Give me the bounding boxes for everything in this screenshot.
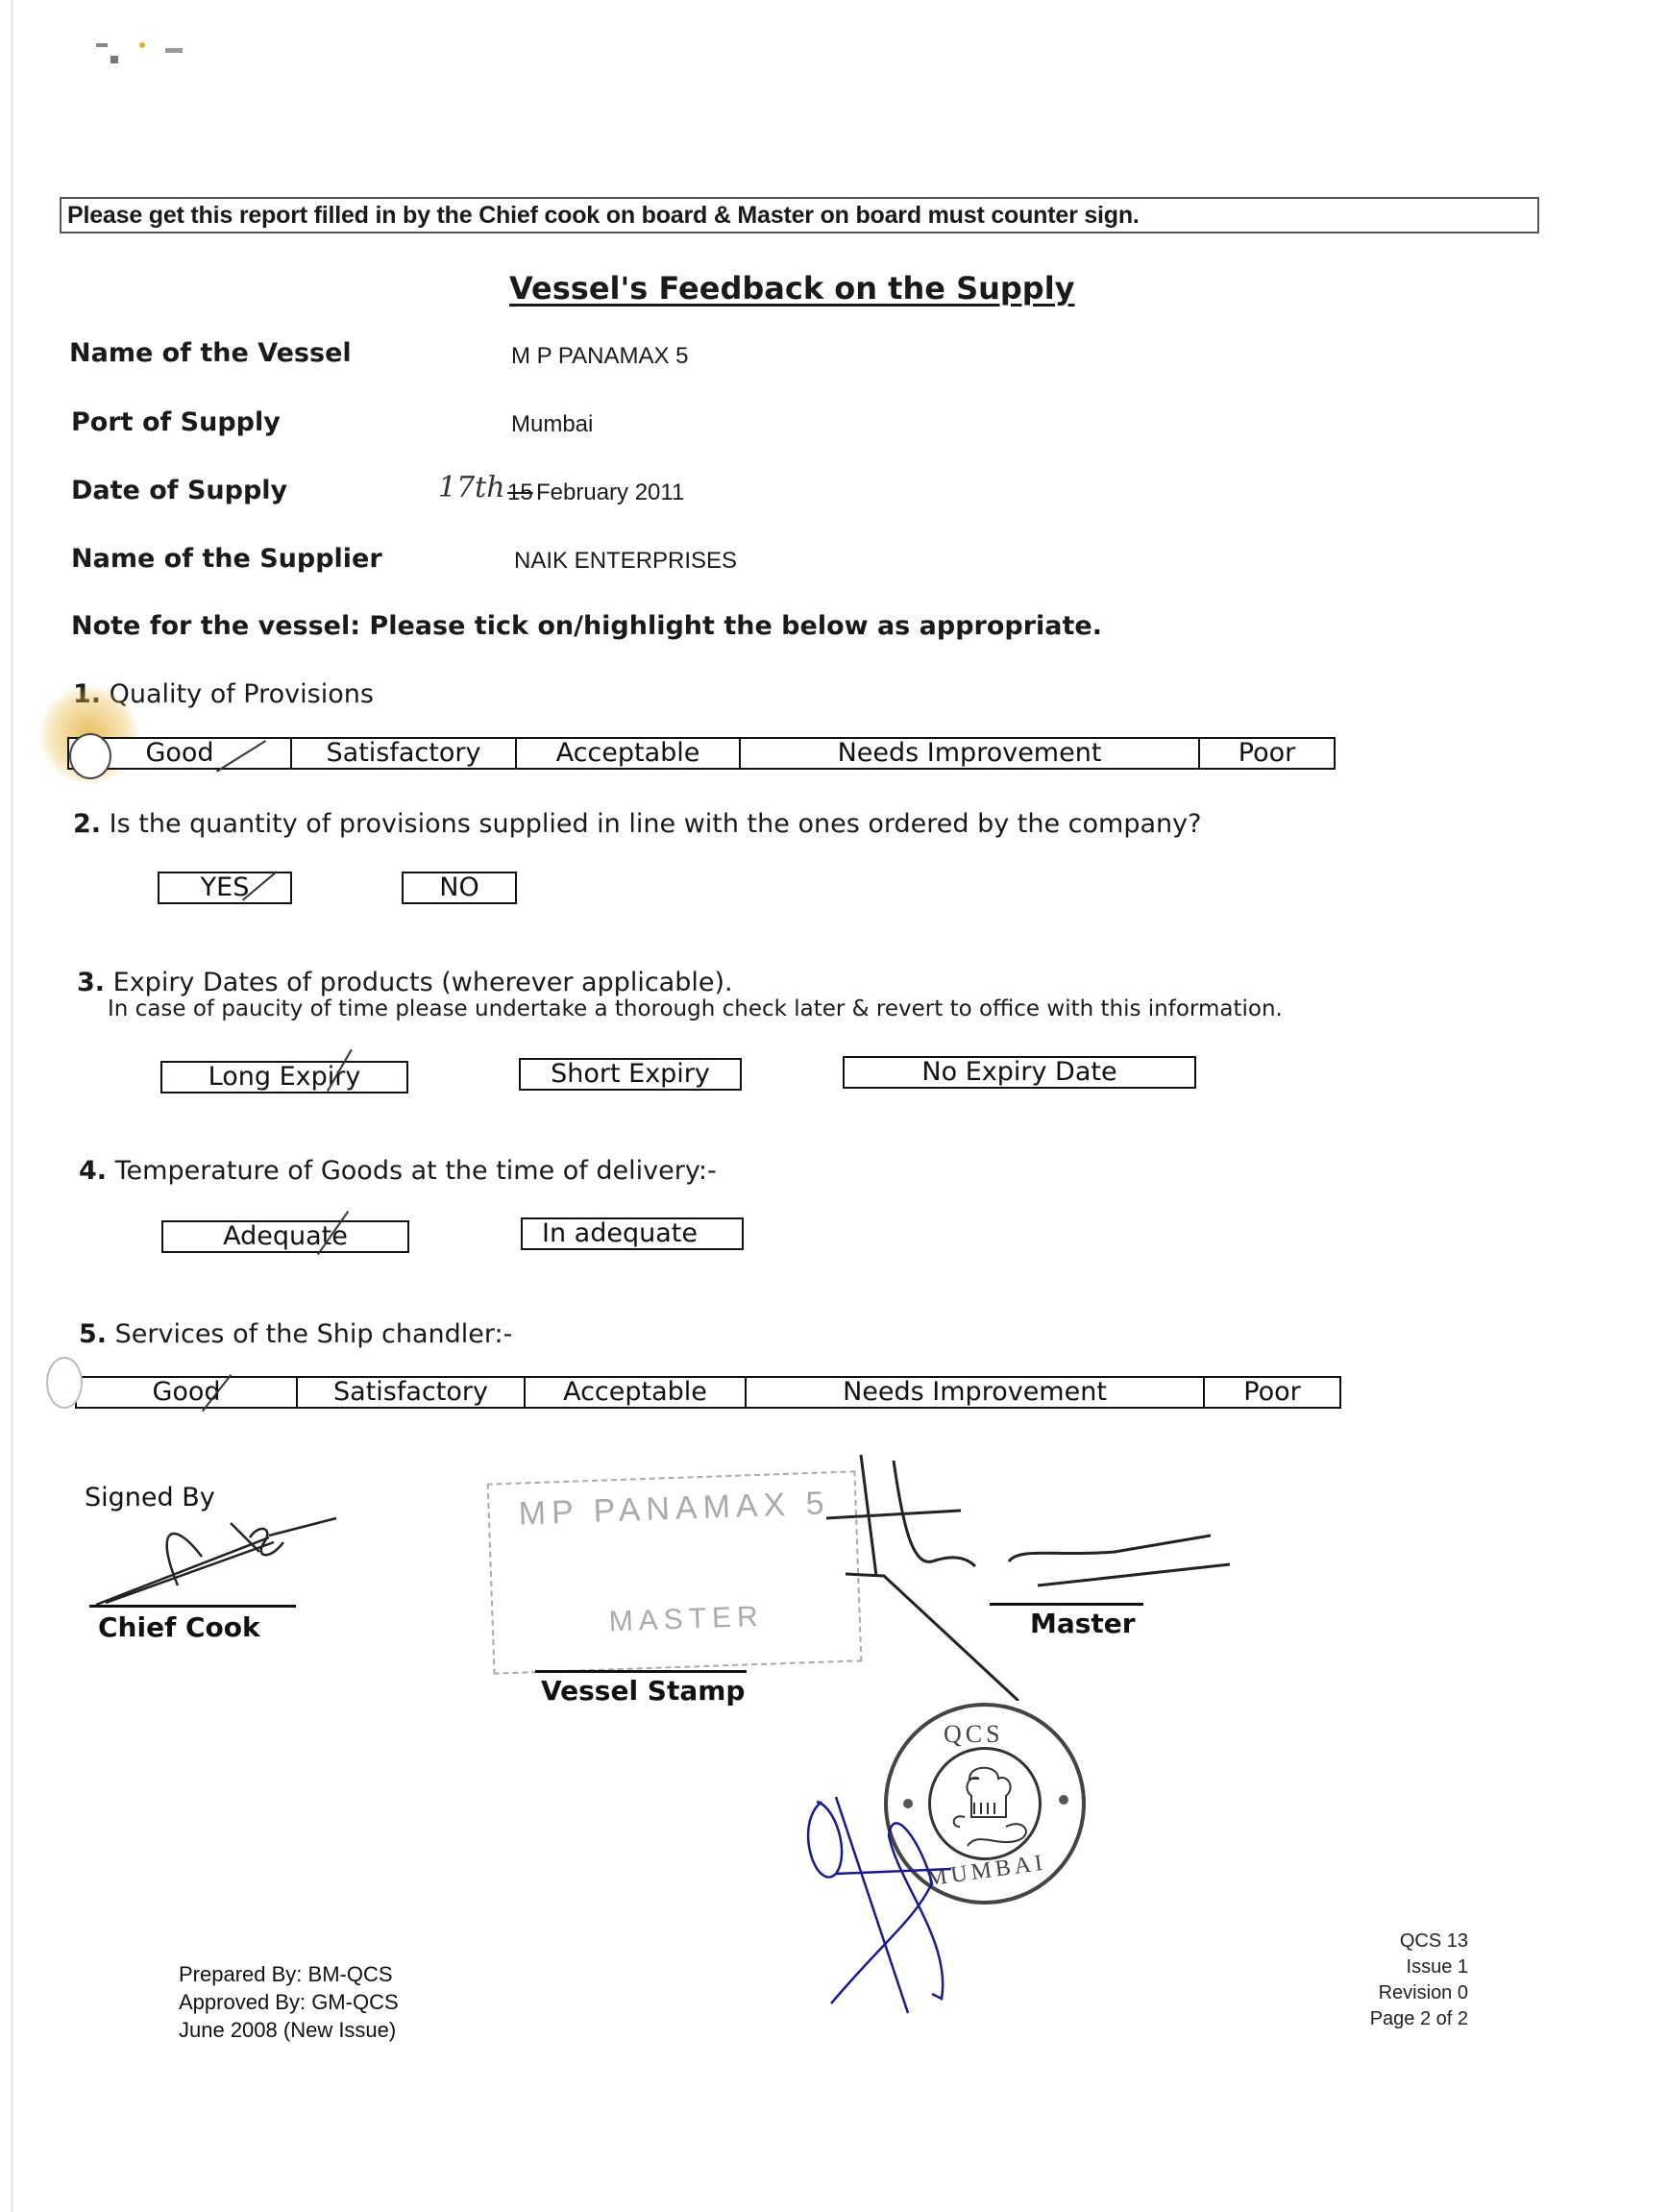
instruction-banner: Please get this report filled in by the … bbox=[60, 197, 1539, 233]
question-text: Quality of Provisions bbox=[110, 679, 374, 709]
master-signature-line bbox=[990, 1603, 1143, 1606]
question-text: Expiry Dates of products (wherever appli… bbox=[113, 968, 733, 997]
option-inadequate[interactable]: In adequate bbox=[521, 1217, 744, 1250]
question-3: 3. Expiry Dates of products (wherever ap… bbox=[77, 968, 733, 997]
rating-acceptable[interactable]: Acceptable bbox=[526, 1378, 747, 1407]
option-adequate[interactable]: Adequate bbox=[161, 1220, 409, 1253]
question-text: Services of the Ship chandler:- bbox=[115, 1319, 513, 1349]
rating-needs-improvement[interactable]: Needs Improvement bbox=[747, 1378, 1205, 1407]
date-label: Date of Supply bbox=[71, 476, 287, 505]
vessel-note: Note for the vessel: Please tick on/high… bbox=[71, 611, 1102, 641]
punch-hole bbox=[69, 733, 111, 779]
question-4: 4. Temperature of Goods at the time of d… bbox=[79, 1156, 717, 1186]
supplier-value: NAIK ENTERPRISES bbox=[514, 548, 737, 575]
question-number: 5. bbox=[79, 1319, 107, 1349]
chief-cook-signature-icon bbox=[86, 1499, 346, 1614]
doc-code: QCS 13 bbox=[1307, 1929, 1468, 1954]
issue-date: June 2008 (New Issue) bbox=[179, 2016, 399, 2044]
scan-speck bbox=[165, 48, 183, 53]
question-number: 2. bbox=[73, 809, 101, 839]
master-signature-icon bbox=[826, 1441, 1307, 1701]
punch-hole bbox=[46, 1357, 83, 1409]
option-no[interactable]: NO bbox=[402, 872, 517, 904]
chief-cook-signature-line bbox=[89, 1605, 296, 1608]
footer-document-info: Prepared By: BM-QCS Approved By: GM-QCS … bbox=[179, 1960, 399, 2044]
stamp-text-top: MP PANAMAX 5 bbox=[518, 1485, 830, 1533]
prepared-by: Prepared By: BM-QCS bbox=[179, 1960, 399, 1988]
chief-cook-label: Chief Cook bbox=[98, 1611, 260, 1643]
question-number: 3. bbox=[77, 968, 105, 997]
scan-speck bbox=[96, 43, 108, 47]
scan-speck bbox=[110, 56, 118, 63]
question-text: Is the quantity of provisions supplied i… bbox=[110, 809, 1202, 839]
option-long-expiry[interactable]: Long Expiry bbox=[160, 1061, 408, 1094]
handwritten-date: 17th bbox=[438, 471, 505, 504]
question-text: Temperature of Goods at the time of deli… bbox=[115, 1156, 717, 1186]
rating-satisfactory[interactable]: Satisfactory bbox=[292, 739, 517, 768]
qcs-signature-icon bbox=[797, 1787, 990, 2018]
vessel-name-label: Name of the Vessel bbox=[69, 338, 352, 368]
revision-number: Revision 0 bbox=[1307, 1980, 1468, 2006]
date-value: February 2011 bbox=[536, 479, 684, 506]
scan-speck bbox=[139, 42, 145, 48]
rating-good[interactable]: Good bbox=[77, 1378, 298, 1407]
seal-dot bbox=[1059, 1795, 1068, 1805]
page-number: Page 2 of 2 bbox=[1307, 2006, 1468, 2032]
chandler-rating-table: Good Satisfactory Acceptable Needs Impro… bbox=[75, 1376, 1341, 1409]
page-title: Vessel's Feedback on the Supply bbox=[509, 270, 1075, 307]
vessel-name-value: M P PANAMAX 5 bbox=[511, 343, 689, 370]
page-edge bbox=[12, 0, 12, 2212]
rating-poor[interactable]: Poor bbox=[1200, 739, 1334, 768]
port-label: Port of Supply bbox=[71, 407, 281, 437]
rating-poor[interactable]: Poor bbox=[1205, 1378, 1339, 1407]
vessel-stamp-impression: MP PANAMAX 5 MASTER bbox=[487, 1470, 863, 1674]
supplier-label: Name of the Supplier bbox=[71, 544, 382, 574]
struck-date: 15 bbox=[507, 479, 533, 506]
footer-revision-info: QCS 13 Issue 1 Revision 0 Page 2 of 2 bbox=[1307, 1929, 1468, 2032]
rating-satisfactory[interactable]: Satisfactory bbox=[298, 1378, 526, 1407]
master-label: Master bbox=[1030, 1608, 1136, 1639]
seal-text-top: QCS bbox=[944, 1720, 1004, 1749]
option-short-expiry[interactable]: Short Expiry bbox=[519, 1058, 742, 1091]
stamp-text-bottom: MASTER bbox=[608, 1601, 764, 1639]
question-5: 5. Services of the Ship chandler:- bbox=[79, 1319, 512, 1349]
option-no-expiry-date[interactable]: No Expiry Date bbox=[843, 1056, 1196, 1089]
vessel-stamp-line bbox=[535, 1670, 747, 1673]
quality-rating-table: Good Satisfactory Acceptable Needs Impro… bbox=[67, 737, 1336, 770]
approved-by: Approved By: GM-QCS bbox=[179, 1988, 399, 2016]
question-3-subtext: In case of paucity of time please undert… bbox=[108, 996, 1283, 1021]
question-number: 4. bbox=[79, 1156, 107, 1186]
port-value: Mumbai bbox=[511, 411, 593, 438]
vessel-stamp-label: Vessel Stamp bbox=[541, 1675, 745, 1707]
rating-acceptable[interactable]: Acceptable bbox=[517, 739, 741, 768]
question-2: 2. Is the quantity of provisions supplie… bbox=[73, 809, 1201, 839]
rating-needs-improvement[interactable]: Needs Improvement bbox=[741, 739, 1200, 768]
issue-number: Issue 1 bbox=[1307, 1954, 1468, 1980]
